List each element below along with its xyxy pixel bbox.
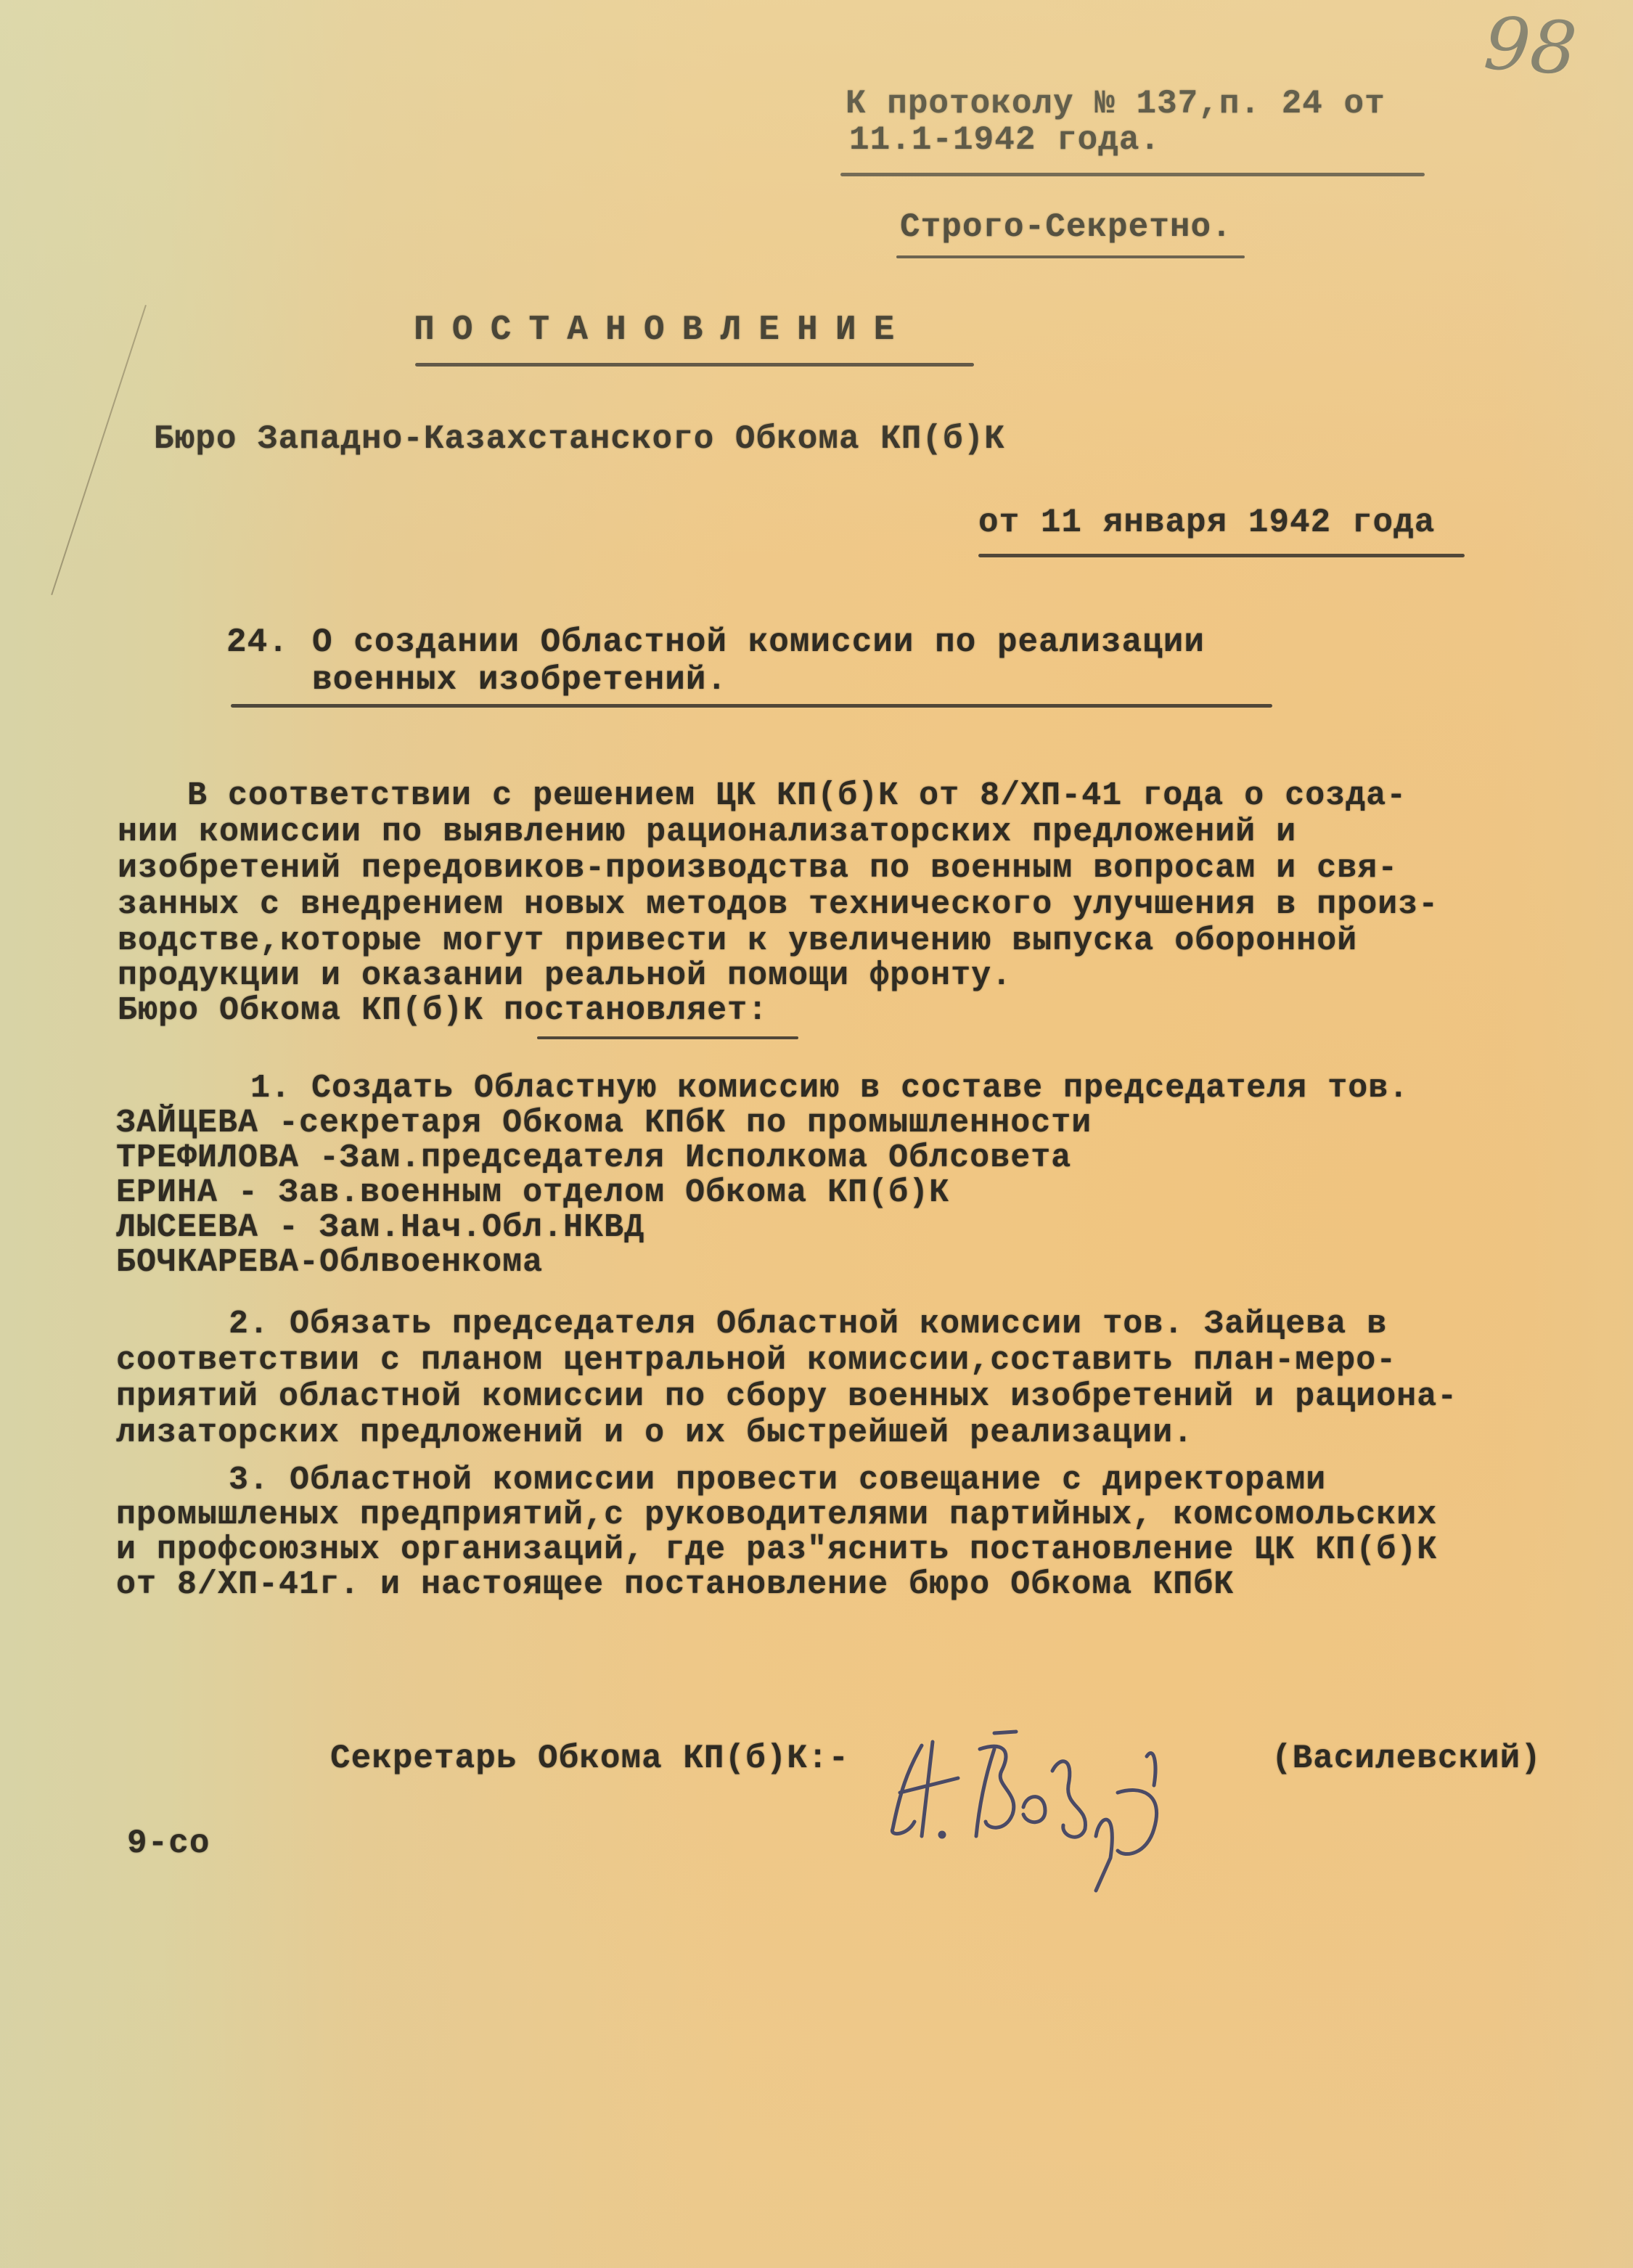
resolution-3-line: от 8/ХП-41г. и настоящее постановление б… [116, 1567, 1234, 1603]
preamble-line: занных с внедрением новых методов технич… [118, 887, 1438, 923]
document-page: 98 К протоколу № 137,п. 24 от 11.1-1942 … [0, 0, 1633, 2268]
subject-underline [231, 704, 1272, 708]
archive-page-number: 98 [1481, 1, 1579, 92]
title-underline [415, 363, 974, 367]
resolution-3-line: промышленых предприятий,с руководителями… [116, 1497, 1437, 1534]
preamble-line: водстве,которые могут привести к увеличе… [118, 923, 1357, 959]
item-number: 24. [226, 624, 289, 660]
paper-fold-line [51, 305, 147, 595]
intro-underline [537, 1036, 798, 1039]
decision-intro: Бюро Обкома КП(б)К постановляет: [118, 993, 768, 1029]
copies-note: 9-со [127, 1825, 210, 1862]
protocol-reference-line2: 11.1-1942 года. [849, 122, 1161, 158]
preamble-line: изобретений передовиков-производства по … [118, 851, 1398, 887]
resolution-2-line: лизаторских предложений и о их быстрейше… [116, 1415, 1193, 1452]
signature-icon [878, 1727, 1270, 1894]
document-title: ПОСТАНОВЛЕНИЕ [414, 312, 912, 348]
preamble-line: продукции и оказании реальной помощи фро… [118, 958, 1012, 994]
resolution-3-line: 3. Областной комиссии провести совещание… [229, 1462, 1326, 1499]
commission-member: ТРЕФИЛОВА -Зам.председателя Исполкома Об… [116, 1140, 1071, 1176]
item-subject-line2: военных изобретений. [312, 662, 727, 698]
resolution-1-line: 1. Создать Областную комиссию в составе … [250, 1070, 1409, 1107]
item-subject-line1: О создании Областной комиссии по реализа… [312, 624, 1205, 660]
classification-stamp: Строго-Секретно. [900, 209, 1232, 245]
commission-member: БОЧКАРЕВА-Облвоенкома [116, 1245, 543, 1281]
preamble-line: В соответствии с решением ЦК КП(б)К от 8… [187, 778, 1407, 814]
resolution-2-line: соответствии с планом центральной комисс… [116, 1343, 1396, 1379]
protocol-reference-line1: К протоколу № 137,п. 24 от [846, 86, 1386, 122]
commission-member: ЕРИНА - Зав.военным отделом Обкома КП(б)… [116, 1175, 949, 1211]
commission-member: ЗАЙЦЕВА -секретаря Обкома КПбК по промыш… [116, 1105, 1092, 1142]
classification-underline [896, 255, 1245, 258]
resolution-date: от 11 января 1942 года [978, 504, 1435, 541]
resolution-3-line: и профсоюзных организаций, где раз"яснит… [116, 1532, 1437, 1568]
date-underline [978, 554, 1465, 557]
handwritten-signature [878, 1727, 1270, 1898]
preamble-line: нии комиссии по выявлению рационализатор… [118, 814, 1296, 851]
issuing-body: Бюро Западно-Казахстанского Обкома КП(б)… [154, 421, 1005, 457]
header-underline [840, 173, 1425, 176]
signatory-title: Секретарь Обкома КП(б)К:- [330, 1740, 849, 1777]
resolution-2-line: 2. Обязать председателя Областной комисс… [229, 1306, 1387, 1343]
commission-member: ЛЫСЕЕВА - Зам.Нач.Обл.НКВД [116, 1210, 644, 1246]
signatory-name: (Василевский) [1272, 1740, 1542, 1777]
resolution-2-line: приятий областной комиссии по сбору воен… [116, 1379, 1457, 1415]
